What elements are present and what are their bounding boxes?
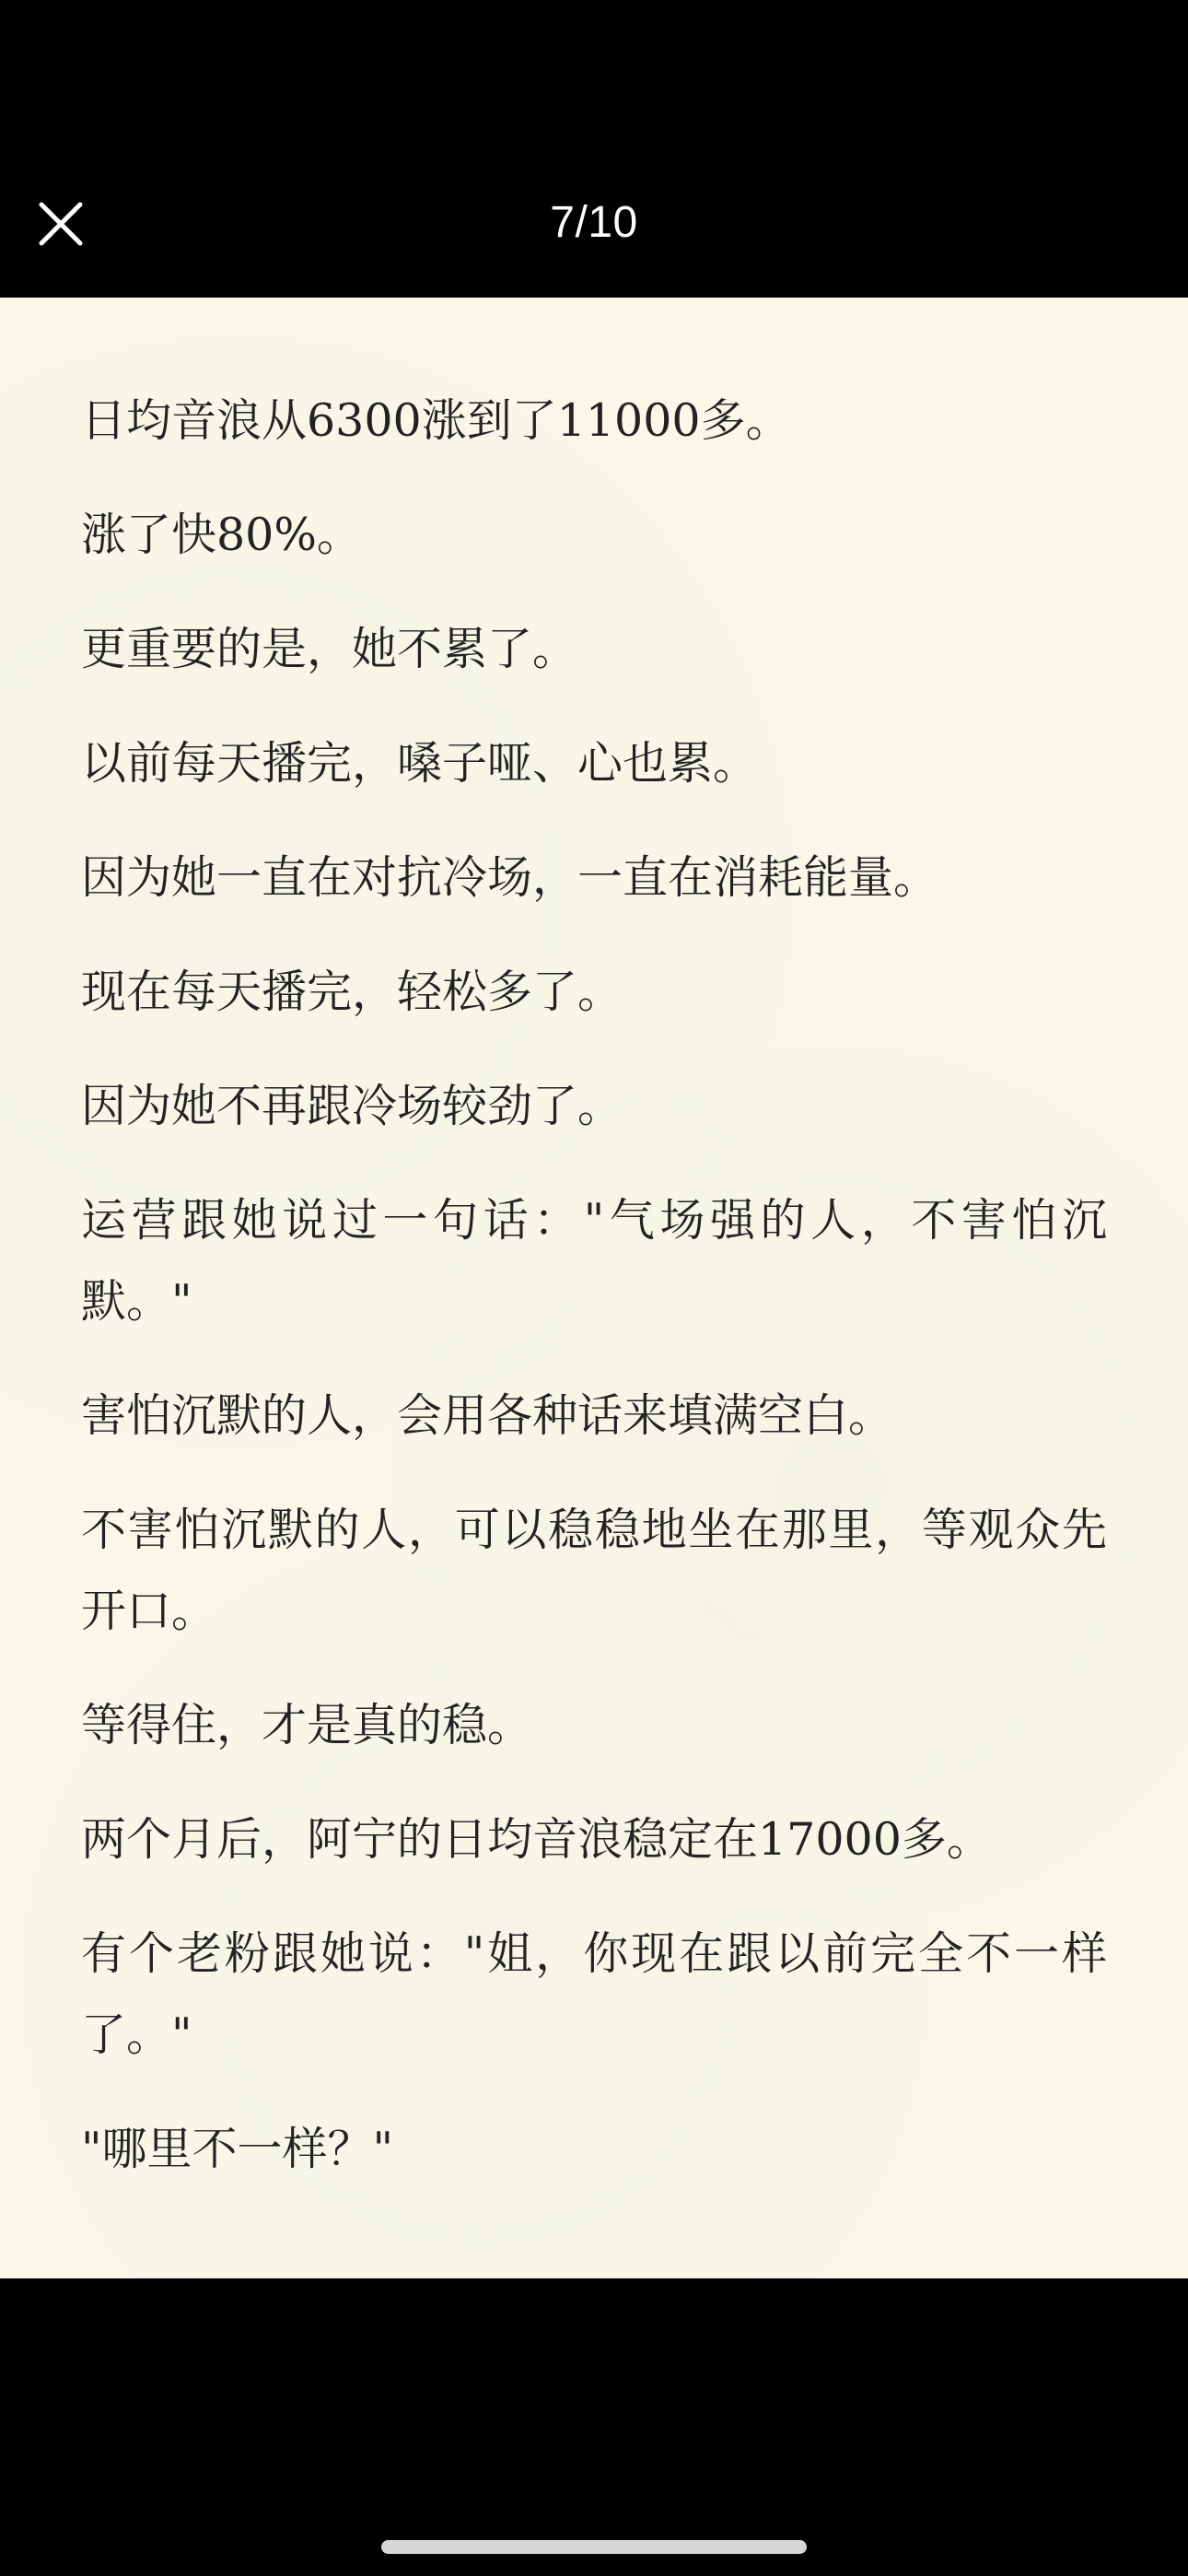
paragraph: 涨了快80%。 xyxy=(81,495,1107,576)
paragraph: 以前每天播完，嗓子哑、心也累。 xyxy=(81,723,1107,804)
text-line: 日均音浪从6300涨到了11000多。 xyxy=(81,381,1107,462)
text-line: 不害怕沉默的人，可以稳稳地坐在那里，等观众先 xyxy=(81,1490,1107,1571)
paragraph: "哪里不一样？" xyxy=(81,2109,1107,2190)
text-line: 因为她不再跟冷场较劲了。 xyxy=(81,1066,1107,1147)
paragraph: 等得住，才是真的稳。 xyxy=(81,1685,1107,1766)
paragraph: 现在每天播完，轻松多了。 xyxy=(81,952,1107,1033)
paragraph: 害怕沉默的人，会用各种话来填满空白。 xyxy=(81,1376,1107,1457)
text-line: 默。" xyxy=(81,1261,1107,1342)
text-line: 害怕沉默的人，会用各种话来填满空白。 xyxy=(81,1376,1107,1457)
text-line: 等得住，才是真的稳。 xyxy=(81,1685,1107,1766)
text-line: 以前每天播完，嗓子哑、心也累。 xyxy=(81,723,1107,804)
reader-top-bar: 7/10 xyxy=(0,0,1188,298)
paragraph: 更重要的是，她不累了。 xyxy=(81,609,1107,690)
text-line: 运营跟她说过一句话："气场强的人，不害怕沉 xyxy=(81,1180,1107,1261)
text-line: 因为她一直在对抗冷场，一直在消耗能量。 xyxy=(81,837,1107,919)
text-line: "哪里不一样？" xyxy=(81,2109,1107,2190)
page-counter: 7/10 xyxy=(0,195,1188,251)
text-line: 更重要的是，她不累了。 xyxy=(81,609,1107,690)
text-line: 两个月后，阿宁的日均音浪稳定在17000多。 xyxy=(81,1799,1107,1880)
text-line: 了。" xyxy=(81,1995,1107,2076)
paragraph: 因为她不再跟冷场较劲了。 xyxy=(81,1066,1107,1147)
paragraph: 日均音浪从6300涨到了11000多。 xyxy=(81,381,1107,462)
text-line: 有个老粉跟她说："姐，你现在跟以前完全不一样 xyxy=(81,1914,1107,1995)
paragraph: 因为她一直在对抗冷场，一直在消耗能量。 xyxy=(81,837,1107,919)
text-line: 涨了快80%。 xyxy=(81,495,1107,576)
paragraph: 两个月后，阿宁的日均音浪稳定在17000多。 xyxy=(81,1799,1107,1880)
reading-page[interactable]: 日均音浪从6300涨到了11000多。 涨了快80%。 更重要的是，她不累了。 … xyxy=(0,298,1188,2278)
paragraph: 不害怕沉默的人，可以稳稳地坐在那里，等观众先 开口。 xyxy=(81,1490,1107,1652)
home-indicator[interactable] xyxy=(381,2540,807,2554)
paragraph: 运营跟她说过一句话："气场强的人，不害怕沉 默。" xyxy=(81,1180,1107,1342)
text-line: 现在每天播完，轻松多了。 xyxy=(81,952,1107,1033)
text-line: 开口。 xyxy=(81,1571,1107,1652)
paragraph: 有个老粉跟她说："姐，你现在跟以前完全不一样 了。" xyxy=(81,1914,1107,2076)
